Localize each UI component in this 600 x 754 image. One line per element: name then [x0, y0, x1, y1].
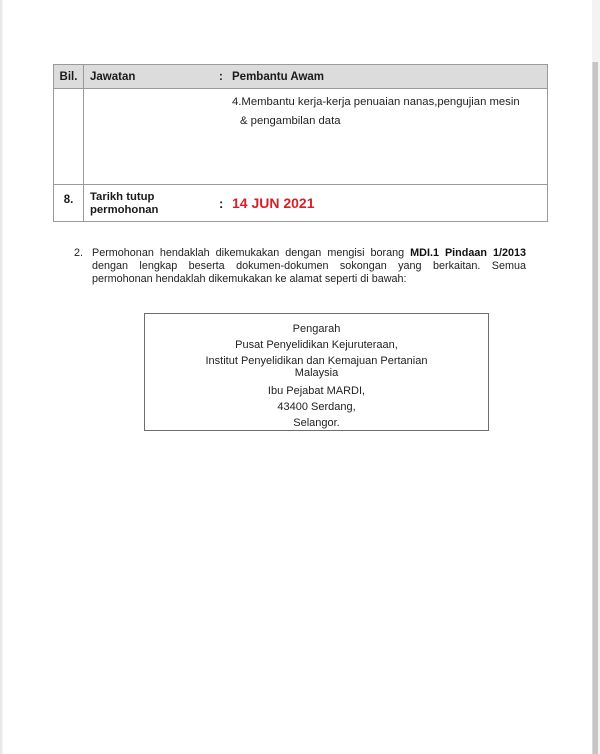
header-bil-cell: Bil. [54, 65, 84, 89]
mailing-address-box: Pengarah Pusat Penyelidikan Kejuruteraan… [144, 313, 489, 431]
description-cell: 4.Membantu kerja-kerja penuaian nanas,pe… [84, 89, 548, 185]
closing-bil-cell: 8. [54, 185, 84, 222]
address-line: Malaysia [145, 367, 488, 379]
address-line: Ibu Pejabat MARDI, [145, 383, 488, 399]
closing-row-number: 8. [54, 185, 83, 206]
table-header-row: Bil. Jawatan : Pembantu Awam [54, 65, 548, 89]
paragraph-number: 2. [74, 247, 83, 260]
closing-label-line-2: permohonan [90, 204, 158, 217]
address-line: Selangor. [145, 415, 488, 431]
job-duty-text: 4.Membantu kerja-kerja penuaian nanas,pe… [232, 93, 520, 131]
form-reference: MDI.1 Pindaan 1/2013 [410, 247, 526, 259]
table-row-closing-date: 8. Tarikh tutup permohonan : 14 JUN 2021 [54, 185, 548, 222]
table-row-description: 4.Membantu kerja-kerja penuaian nanas,pe… [54, 89, 548, 185]
address-line: Pengarah [145, 321, 488, 337]
page-edge [0, 0, 3, 754]
job-details-table: Bil. Jawatan : Pembantu Awam 4.Membantu … [53, 64, 548, 222]
job-duty-line-1: 4.Membantu kerja-kerja penuaian nanas,pe… [232, 93, 520, 112]
description-bil-cell [54, 89, 84, 185]
closing-label-line-1: Tarikh tutup [90, 191, 158, 204]
paragraph-body: Permohonan hendaklah dikemukakan dengan … [92, 247, 526, 286]
address-line: Pusat Penyelidikan Kejuruteraan, [145, 337, 488, 353]
scrollbar[interactable] [592, 0, 600, 754]
paragraph-text-before: Permohonan hendaklah dikemukakan dengan … [92, 247, 410, 259]
closing-colon: : [219, 196, 223, 211]
header-jawatan-value: Pembantu Awam [232, 71, 324, 83]
header-jawatan-cell: Jawatan : Pembantu Awam [84, 65, 548, 89]
header-colon: : [219, 71, 223, 83]
application-paragraph: 2. Permohonan hendaklah dikemukakan deng… [74, 247, 526, 286]
address-line: Institut Penyelidikan dan Kemajuan Perta… [145, 355, 488, 367]
address-lines: Pengarah Pusat Penyelidikan Kejuruteraan… [145, 314, 488, 431]
document-page: Bil. Jawatan : Pembantu Awam 4.Membantu … [0, 0, 600, 754]
header-jawatan-label: Jawatan [90, 71, 135, 83]
closing-date-label: Tarikh tutup permohonan [90, 191, 158, 217]
header-bil-label: Bil. [60, 70, 78, 83]
job-duty-line-2: & pengambilan data [232, 112, 520, 131]
address-line: 43400 Serdang, [145, 399, 488, 415]
closing-cell: Tarikh tutup permohonan : 14 JUN 2021 [84, 185, 548, 222]
scrollbar-thumb[interactable] [592, 62, 598, 754]
paragraph-text-after: dengan lengkap beserta dokumen-dokumen s… [92, 260, 526, 285]
closing-date-value: 14 JUN 2021 [232, 195, 315, 211]
